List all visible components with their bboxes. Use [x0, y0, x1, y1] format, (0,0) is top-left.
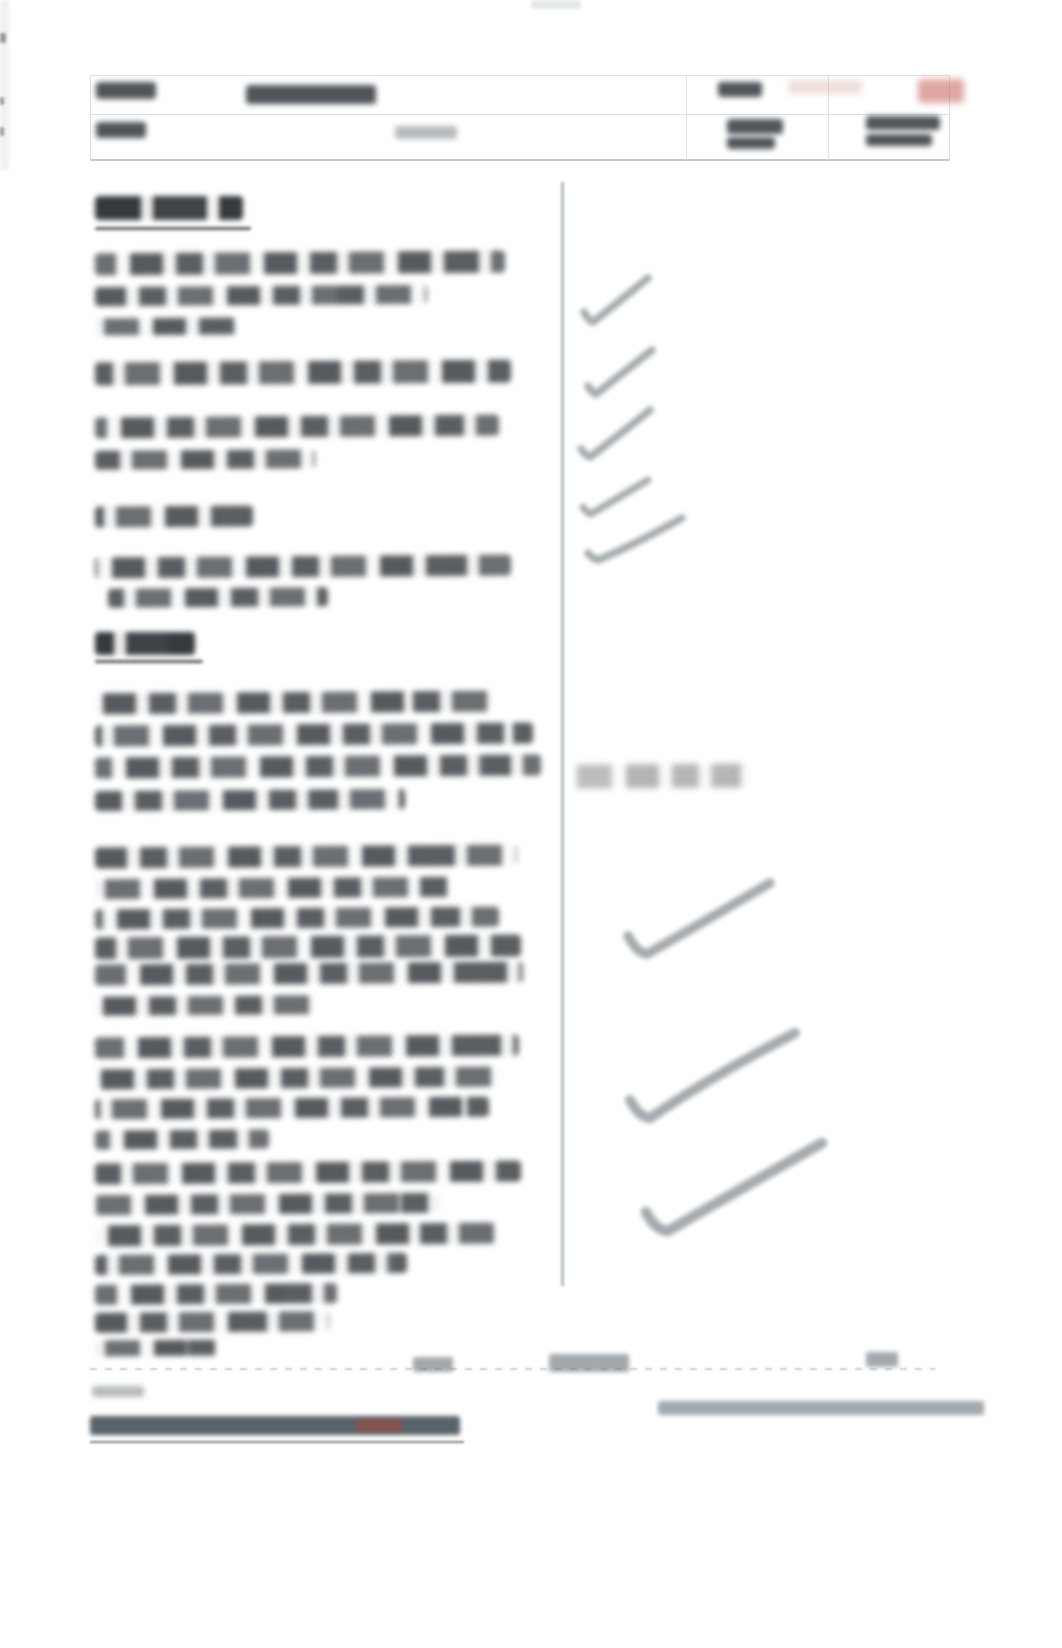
handwritten-line-item-1: [95, 285, 427, 306]
handwritten-line-item-5: [108, 587, 328, 608]
handwritten-line-para-3: [95, 1129, 269, 1149]
handwritten-line-para-2: [95, 995, 315, 1016]
handwritten-line-item-5: [95, 555, 511, 579]
column-divider-line: [561, 182, 564, 1286]
footer-word-blob: [549, 1354, 629, 1372]
left-edge-speck: [0, 127, 4, 136]
handwritten-underline-heading-2: [95, 660, 203, 663]
handwritten-line-para-2: [95, 877, 449, 899]
footer-link-red-segment: [356, 1419, 402, 1432]
handwritten-line-para-4: [95, 1311, 329, 1333]
handwritten-line-para-3: [95, 1097, 489, 1120]
grading-tick-mark: [628, 883, 770, 954]
footer-link-blob: [90, 1416, 460, 1435]
handwritten-line-para-1: [95, 722, 533, 746]
handwritten-line-para-2: [95, 962, 523, 986]
scanned-document-page: [0, 0, 1062, 1648]
left-edge-speck: [0, 97, 4, 105]
table-row-divider: [90, 114, 950, 115]
handwritten-line-para-1: [95, 754, 541, 778]
header-field-label-blob: [96, 122, 146, 138]
table-border-left: [90, 75, 91, 160]
header-title-blob: [246, 85, 376, 104]
handwritten-line-heading-2: [95, 632, 195, 655]
footer-word-blob: [413, 1357, 453, 1372]
handwritten-line-para-4: [95, 1253, 407, 1275]
top-scan-artifact: [531, 0, 581, 9]
header-field-label-blob: [96, 82, 156, 99]
handwritten-underline-heading-1: [95, 227, 251, 230]
handwritten-line-para-2: [95, 845, 517, 869]
header-field-label-blob: [727, 119, 783, 134]
grading-tick-mark: [630, 1033, 795, 1118]
header-faint-mark: [788, 80, 862, 94]
handwritten-line-item-1: [95, 318, 237, 336]
footer-separator-line: [90, 1368, 935, 1370]
table-column-divider: [686, 75, 687, 160]
handwritten-line-item-3: [95, 449, 315, 470]
header-field-label-blob: [866, 134, 932, 146]
grading-tick-mark: [646, 1143, 822, 1231]
header-field-label-blob: [727, 137, 775, 149]
grading-tick-mark: [588, 350, 652, 394]
handwritten-line-para-4: [95, 1340, 217, 1357]
footer-note-blob: [658, 1401, 984, 1415]
handwritten-line-para-3: [95, 1035, 519, 1059]
left-scan-edge-band: [0, 0, 9, 170]
header-field-label-blob: [866, 116, 940, 130]
grading-tick-mark: [588, 518, 682, 560]
handwritten-line-para-2: [95, 907, 499, 930]
handwritten-line-para-1: [95, 691, 493, 715]
handwritten-line-heading-1: [95, 196, 243, 220]
footer-link-underline: [90, 1441, 464, 1443]
signature-label-blob: [92, 1386, 144, 1397]
footer-word-blob: [866, 1352, 898, 1367]
handwritten-line-item-2: [95, 360, 511, 386]
grading-tick-mark: [584, 278, 648, 322]
handwritten-line-item-4: [95, 505, 253, 527]
handwritten-line-para-4: [95, 1193, 439, 1215]
handwritten-line-para-1: [95, 789, 405, 811]
handwritten-line-para-3: [95, 1067, 499, 1090]
handwritten-line-margin-annotation: [574, 763, 750, 788]
header-field-label-blob: [718, 82, 762, 97]
handwritten-line-para-4: [95, 1161, 521, 1185]
handwritten-line-para-4: [95, 1283, 337, 1305]
handwritten-line-para-4: [95, 1223, 495, 1247]
handwritten-line-item-1: [95, 251, 505, 276]
table-border-bottom: [90, 159, 950, 161]
grading-tick-mark: [583, 480, 648, 514]
header-field-label-blob: [395, 126, 457, 139]
grading-tick-mark: [581, 410, 650, 457]
handwritten-line-para-2: [95, 935, 521, 960]
red-approval-stamp: [918, 79, 964, 103]
left-edge-speck: [0, 33, 6, 43]
table-border-top: [90, 75, 950, 76]
handwritten-line-item-3: [95, 415, 499, 439]
